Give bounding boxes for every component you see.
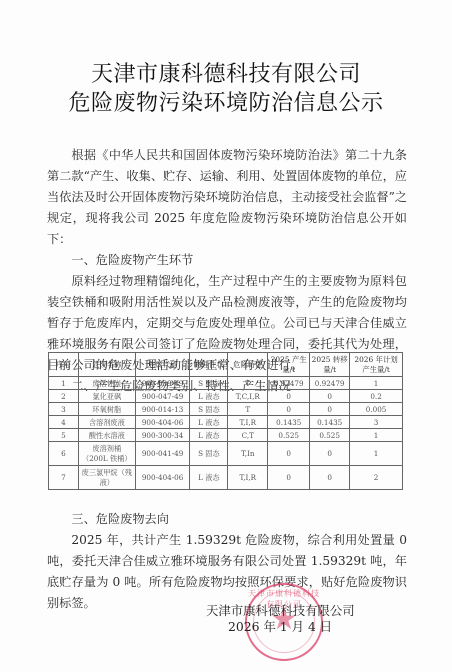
cell-hazard: T,I,R [228,416,268,429]
signature-company: 天津市康科德科技有限公司 [206,603,355,619]
table-header-row: 序号 危废名称 危废代码 物理性状 危险特性 2025 产生量/t 2025 转… [49,353,403,377]
hazardous-waste-table: 序号 危废名称 危废代码 物理性状 危险特性 2025 产生量/t 2025 转… [48,352,403,490]
cell-planned: 1 [350,442,403,466]
cell-transferred: 0 [310,403,350,416]
cell-state: S 固态 [190,377,228,390]
cell-generated: 0.1435 [268,416,310,429]
cell-transferred: 0 [310,466,350,490]
cell-hazard: T [228,403,268,416]
cell-name: 废三氯甲烷（残液） [78,466,135,490]
header-physical-state: 物理性状 [190,353,228,377]
cell-name: 酸性水溶液 [78,429,135,442]
cell-name: 氯化亚砜 [78,390,135,403]
cell-name: 废溶剂桶（200L 铁桶） [78,442,135,466]
cell-index: 5 [49,429,79,442]
cell-code: 900-047-49 [135,390,190,403]
cell-code: 900-014-13 [135,403,190,416]
cell-hazard: C,T [228,429,268,442]
table-row: 4 含溶剂废液 900-404-06 L 液态 T,I,R 0.1435 0.1… [49,416,403,429]
cell-generated: 0.525 [268,429,310,442]
cell-code: 900-404-06 [135,416,190,429]
cell-planned: 0.005 [350,403,403,416]
cell-planned: 3 [350,416,403,429]
table-row: 1 废活性炭 900-039-49 S 固态 T 0.92479 0.92479… [49,377,403,390]
cell-generated: 0 [268,466,310,490]
cell-generated: 0 [268,403,310,416]
cell-transferred: 0.525 [310,429,350,442]
cell-code: 900-404-06 [135,466,190,490]
table-row: 5 酸性水溶液 900-300-34 L 液态 C,T 0.525 0.525 … [49,429,403,442]
signature-date: 2026 年 1 月 4 日 [206,619,355,635]
intro-paragraph: 根据《中华人民共和国固体废物污染环境防治法》第二十九条第二款“产生、收集、贮存、… [47,145,407,250]
cell-planned: 0.2 [350,390,403,403]
cell-state: L 液态 [190,429,228,442]
cell-transferred: 0 [310,390,350,403]
cell-hazard: T [228,377,268,390]
table-row: 2 氯化亚砜 900-047-49 L 液态 T,C,I,R 0 0 0.2 [49,390,403,403]
cell-hazard: T,C,I,R [228,390,268,403]
header-code: 危废代码 [135,353,190,377]
cell-planned: 1 [350,377,403,390]
cell-index: 7 [49,466,79,490]
cell-transferred: 0.92479 [310,377,350,390]
cell-generated: 0 [268,442,310,466]
section3: 三、危险废物去向 2025 年，共计产生 1.59329t 危险废物，综合利用处… [47,509,407,614]
cell-code: 900-300-34 [135,429,190,442]
section3-paragraph: 2025 年，共计产生 1.59329t 危险废物，综合利用处置量 0 吨，委托… [47,530,407,614]
cell-index: 3 [49,403,79,416]
signature-block: 天津市康科德科技有限公司 2026 年 1 月 4 日 [206,603,355,635]
cell-name: 含溶剂废液 [78,416,135,429]
header-2026-planned: 2026 年计划产生量/t [350,353,403,377]
table-row: 3 环氧树脂 900-014-13 S 固态 T 0 0 0.005 [49,403,403,416]
cell-planned: 1 [350,429,403,442]
cell-index: 6 [49,442,79,466]
cell-state: S 固态 [190,442,228,466]
cell-index: 2 [49,390,79,403]
section3-heading: 三、危险废物去向 [47,509,407,530]
header-index: 序号 [49,353,79,377]
cell-generated: 0.92479 [268,377,310,390]
table-row: 6 废溶剂桶（200L 铁桶） 900-041-49 S 固态 T,In 0 0… [49,442,403,466]
cell-name: 环氧树脂 [78,403,135,416]
cell-code: 900-041-49 [135,442,190,466]
cell-hazard: T,In [228,442,268,466]
cell-index: 1 [49,377,79,390]
document-page: 天津市康科德科技有限公司 危险废物污染环境防治信息公示 根据《中华人民共和国固体… [0,0,452,672]
cell-state: L 液态 [190,390,228,403]
cell-index: 4 [49,416,79,429]
header-2025-generated: 2025 产生量/t [268,353,310,377]
document-title-line2: 危险废物污染环境防治信息公示 [0,91,452,117]
cell-planned: 2 [350,466,403,490]
cell-transferred: 0.1435 [310,416,350,429]
section1-heading: 一、危险废物产生环节 [47,250,407,271]
cell-code: 900-039-49 [135,377,190,390]
header-name: 危废名称 [78,353,135,377]
cell-state: L 液态 [190,416,228,429]
cell-state: L 液态 [190,466,228,490]
cell-state: S 固态 [190,403,228,416]
cell-name: 废活性炭 [78,377,135,390]
table-row: 7 废三氯甲烷（残液） 900-404-06 L 液态 T,I,R 0 0 2 [49,466,403,490]
cell-generated: 0 [268,390,310,403]
header-2025-transferred: 2025 转移量/t [310,353,350,377]
header-hazard: 危险特性 [228,353,268,377]
cell-transferred: 0 [310,442,350,466]
document-title-line1: 天津市康科德科技有限公司 [0,62,452,88]
cell-hazard: T,I,R [228,466,268,490]
